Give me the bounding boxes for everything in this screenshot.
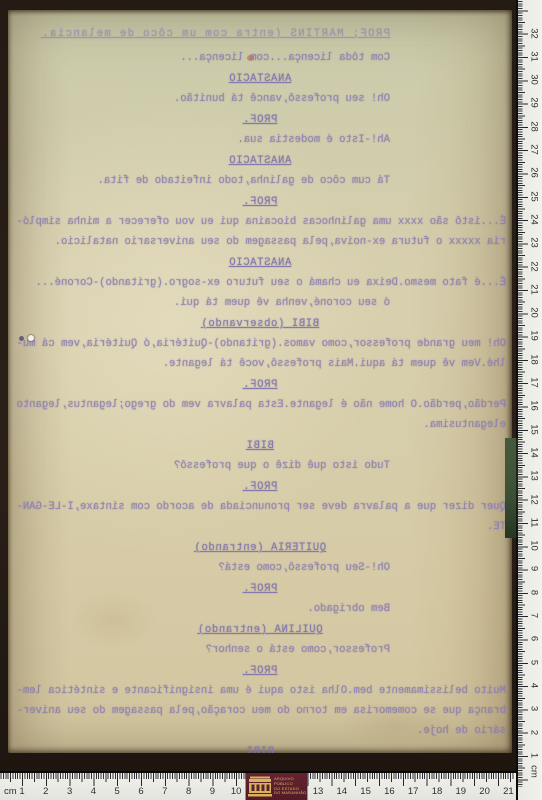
- ruler-number: 2: [43, 786, 48, 797]
- ruler-number: 20: [479, 786, 490, 797]
- right-ruler-unit-label: cm: [529, 765, 540, 779]
- ruler-number: 18: [529, 352, 540, 366]
- ruler-number: 7: [529, 609, 540, 623]
- ruler-number: 11: [529, 515, 540, 529]
- script-line: Oh!-Seu professô,como está?: [8, 558, 512, 578]
- bottom-ruler-unit-label: cm: [4, 786, 17, 797]
- ink-blot: [19, 336, 24, 341]
- scan-viewport: PROF; MARTINS (entra com um côco de mela…: [0, 0, 542, 800]
- ruler-number: 26: [529, 166, 540, 180]
- script-line: ó seu coroné,venha vê quem tá qui.: [8, 293, 512, 313]
- ruler-number: 10: [231, 786, 242, 797]
- script-line: Oh! seu professô,vancê tá bunitão.: [8, 89, 512, 109]
- script-line: Com tôda licença...com licença...: [8, 48, 512, 68]
- ruler-number: 6: [529, 632, 540, 646]
- ruler-number: 13: [529, 469, 540, 483]
- ruler-number: 2: [529, 725, 540, 739]
- ruler-number: 4: [91, 786, 96, 797]
- script-line: Ah!-Isto é modestia sua.: [8, 130, 512, 150]
- script-line: Tá cum côco de galinha,todo infeitado de…: [8, 171, 512, 191]
- ruler-number: 8: [186, 786, 191, 797]
- ruler-number: 5: [115, 786, 120, 797]
- script-line: ANASTACIO: [8, 151, 512, 171]
- ruler-number: 21: [503, 786, 514, 797]
- ruler-number: 25: [529, 189, 540, 203]
- script-line: Muito belissimamente bem.Olha isto aqui …: [8, 681, 512, 701]
- ruler-number: 17: [408, 786, 419, 797]
- script-line: É...istô são xxxx uma galinhocas biocain…: [8, 212, 512, 232]
- typescript-sheet: PROF; MARTINS (entra com um côco de mela…: [8, 10, 512, 753]
- ruler-number: 30: [529, 73, 540, 87]
- script-line: PROF.: [8, 192, 512, 212]
- script-line: PROF.: [8, 477, 512, 497]
- ruler-number: 10: [529, 539, 540, 553]
- ruler-number: 24: [529, 212, 540, 226]
- punch-hole: [28, 335, 34, 341]
- script-line: ANASTACIO: [8, 69, 512, 89]
- script-line: ria xxxxx o futura ex-noiva,pela passage…: [8, 232, 512, 252]
- stamp-line: DO MARANHÃO: [274, 791, 306, 796]
- ruler-number: 19: [529, 329, 540, 343]
- ruler-number: 9: [210, 786, 215, 797]
- ruler-number: 23: [529, 236, 540, 250]
- ruler-number: 19: [456, 786, 467, 797]
- script-line: TE.: [8, 517, 512, 537]
- ruler-number: 31: [529, 49, 540, 63]
- ruler-number: 27: [529, 143, 540, 157]
- ruler-number: 20: [529, 306, 540, 320]
- paper-stain: [68, 590, 158, 650]
- red-speck: [247, 55, 254, 61]
- script-line: ANASTACIO: [8, 253, 512, 273]
- ruler-number: 13: [313, 786, 324, 797]
- script-line: QUITERIA (entrando): [8, 538, 512, 558]
- ruler-number: 1: [529, 748, 540, 762]
- ruler-number: 15: [529, 422, 540, 436]
- script-line: PROF.: [8, 110, 512, 130]
- script-line: Tudo isto quê dizê o que professô?: [8, 456, 512, 476]
- paper-stain: [338, 700, 458, 750]
- ruler-number: 21: [529, 282, 540, 296]
- ruler-number: 32: [529, 26, 540, 40]
- ruler-number: 16: [529, 399, 540, 413]
- ruler-number: 29: [529, 96, 540, 110]
- archive-building-icon: [248, 776, 272, 797]
- ruler-number: 1: [19, 786, 24, 797]
- ruler-number: 16: [384, 786, 395, 797]
- ruler-number: 7: [162, 786, 167, 797]
- ruler-number: 14: [337, 786, 348, 797]
- script-line: BIBI (observando): [8, 314, 512, 334]
- archive-stamp: ARQUIVO PÚBLICO DO ESTADO DO MARANHÃO: [246, 773, 307, 800]
- ruler-number: 14: [529, 445, 540, 459]
- script-line: Quer dizer que a palavra deve ser pronun…: [8, 497, 512, 517]
- ruler-number: 4: [529, 678, 540, 692]
- right-ruler: cm 3231302928272625242322212019181716151…: [518, 0, 542, 800]
- script-line: BIBI: [8, 436, 512, 456]
- ruler-number: 22: [529, 259, 540, 273]
- ruler-number: 3: [529, 702, 540, 716]
- ruler-number: 6: [138, 786, 143, 797]
- ruler-number: 3: [67, 786, 72, 797]
- script-line: Perdão,perdão.O home não é legante.Esta …: [8, 395, 512, 415]
- ruler-number: 15: [360, 786, 371, 797]
- script-line: PROF; MARTINS (entra com um côco de mela…: [8, 24, 512, 44]
- archive-stamp-text: ARQUIVO PÚBLICO DO ESTADO DO MARANHÃO: [274, 777, 306, 795]
- script-line: elegantusima.: [8, 415, 512, 435]
- ruler-number: 5: [529, 655, 540, 669]
- script-line: PROF.: [8, 375, 512, 395]
- ruler-number: 9: [529, 562, 540, 576]
- ruler-number: 28: [529, 119, 540, 133]
- ruler-number: 8: [529, 585, 540, 599]
- script-line: Oh! meu grande professor,como vamos.(gri…: [8, 334, 512, 354]
- green-backing-scrap: [505, 438, 519, 538]
- ruler-number: 12: [529, 492, 540, 506]
- script-line: PROF.: [8, 661, 512, 681]
- ruler-number: 18: [432, 786, 443, 797]
- script-line: lhé.Vem vê quem tá aqui.Mais professô,vo…: [8, 354, 512, 374]
- ruler-number: 17: [529, 376, 540, 390]
- script-line: É...é fato mesmo.Deixa eu chamá o seu fu…: [8, 273, 512, 293]
